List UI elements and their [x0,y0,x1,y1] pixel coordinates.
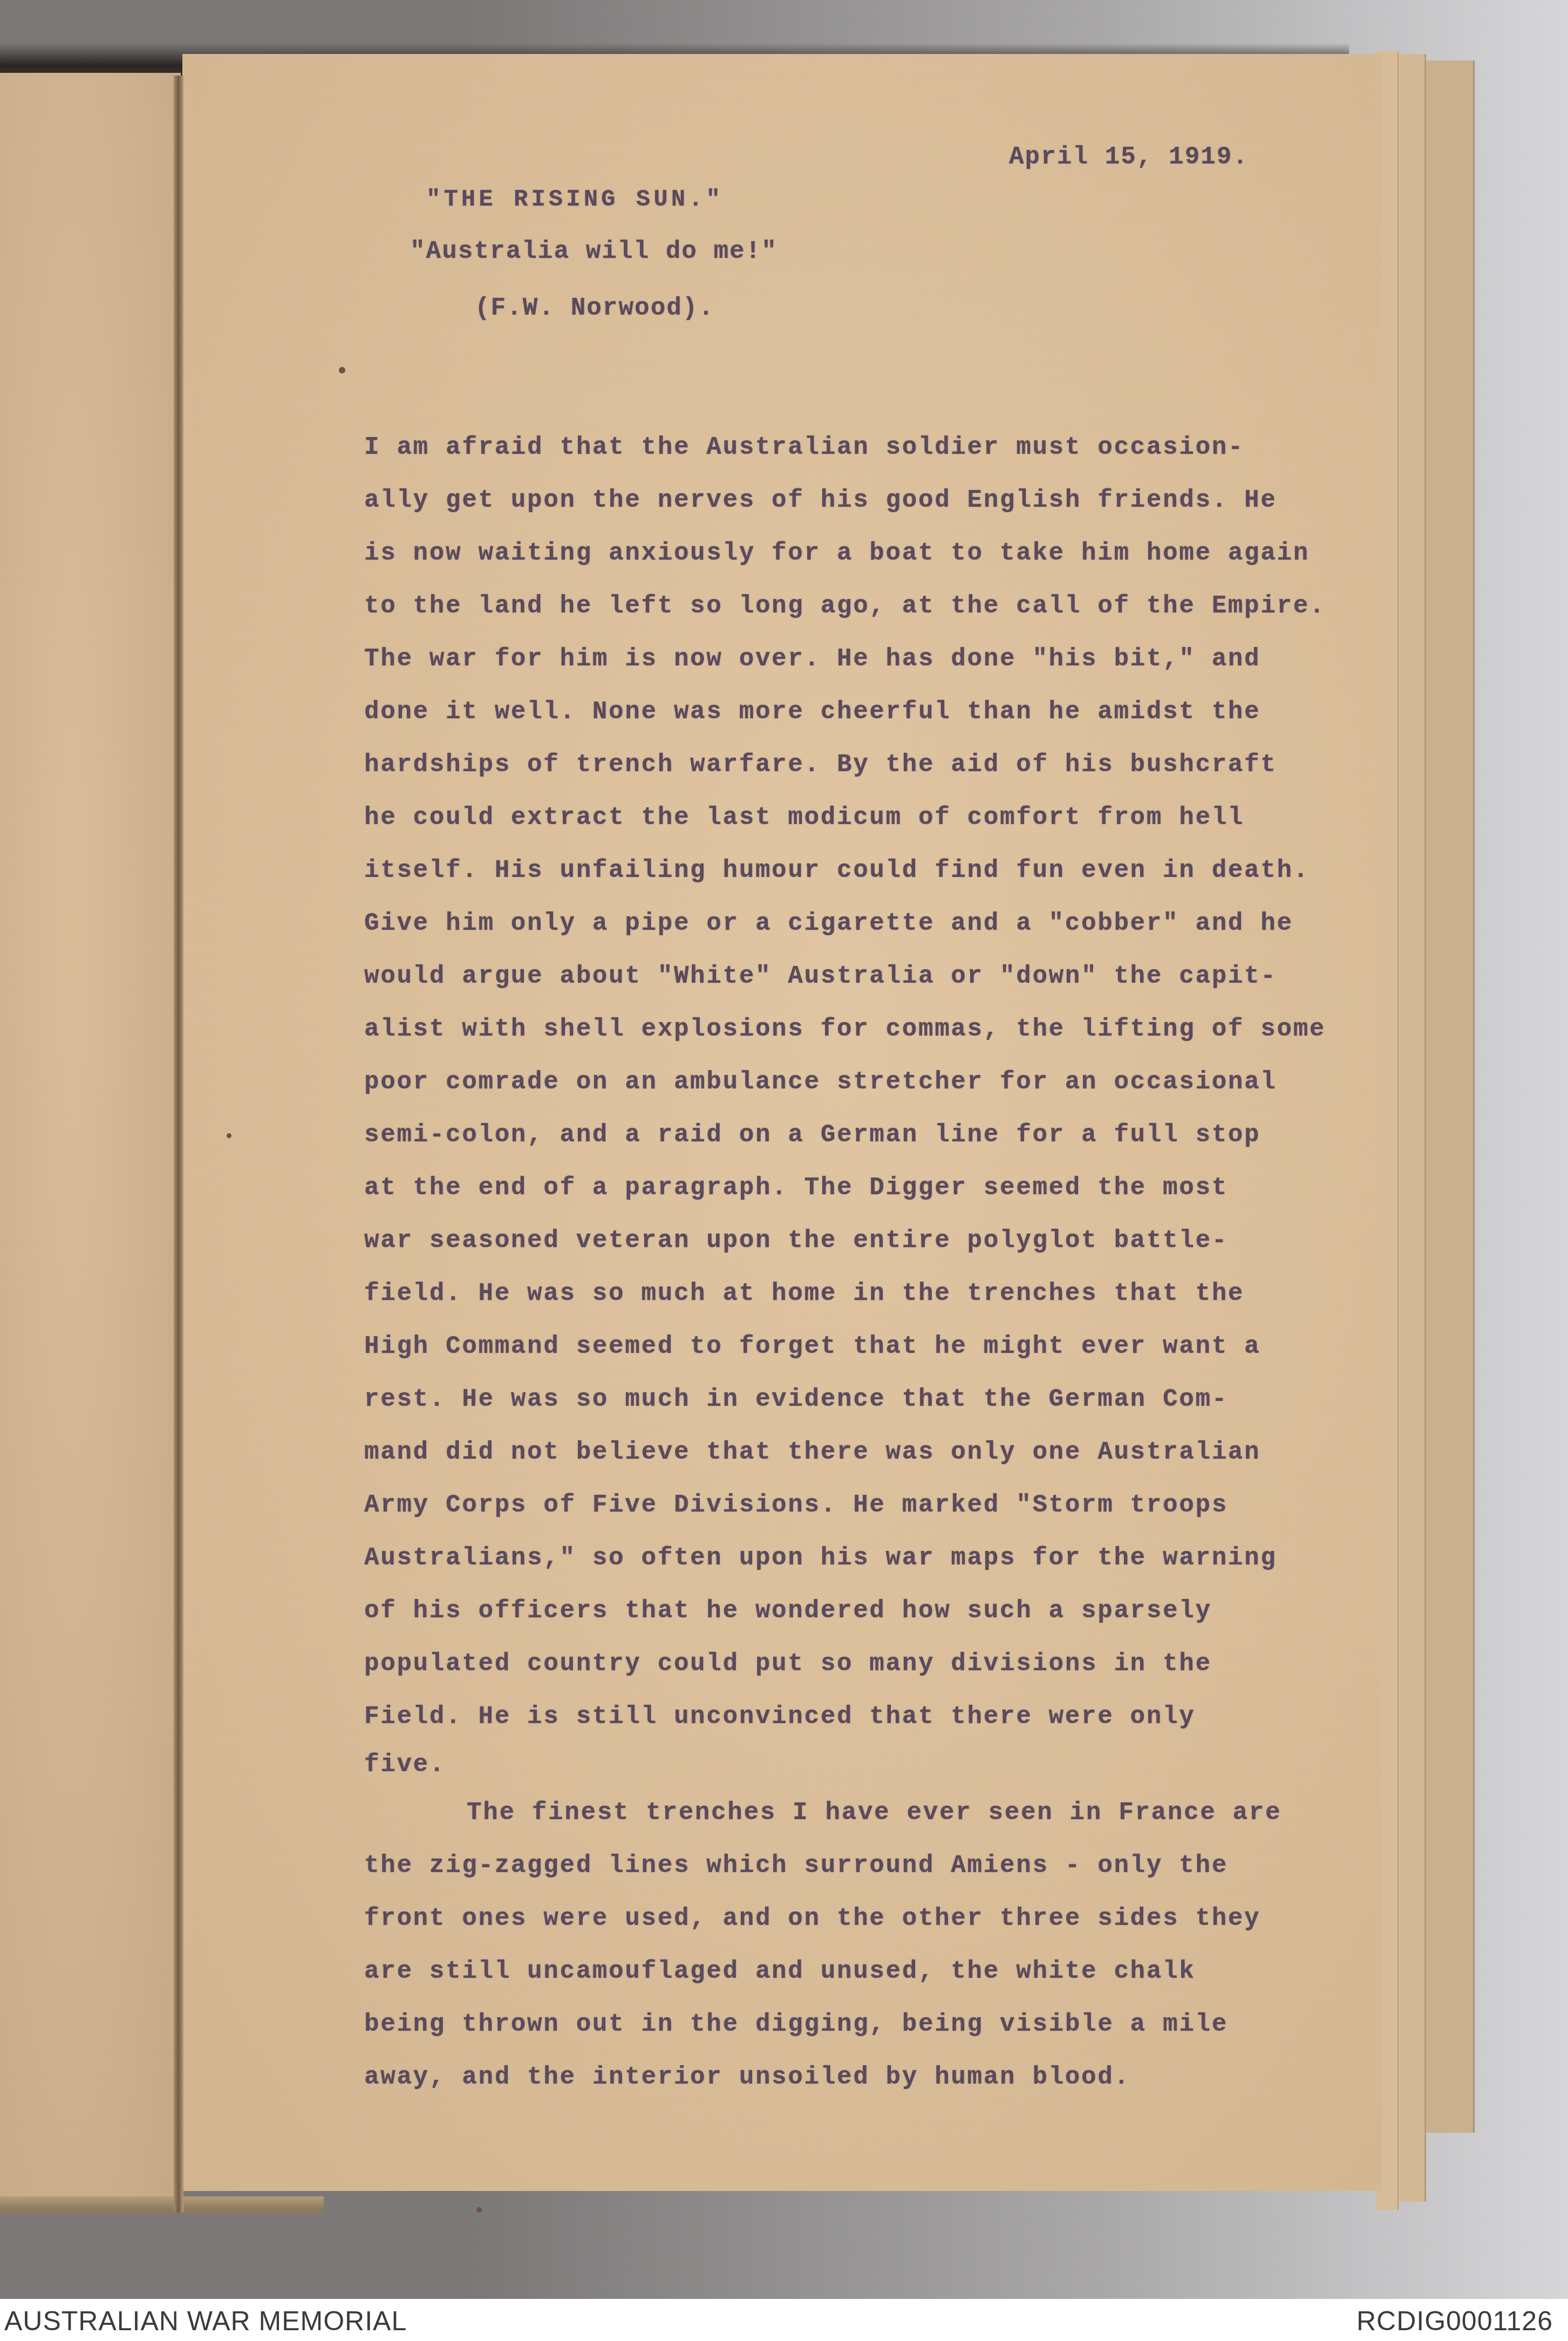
body-line: hardships of trench warfare. By the aid … [364,738,1326,791]
body-line: The finest trenches I have ever seen in … [364,1786,1326,1839]
body-line: at the end of a paragraph. The Digger se… [364,1161,1326,1214]
book-gutter [174,76,183,2213]
body-line: he could extract the last modicum of com… [364,791,1326,844]
ink-spot [227,1133,231,1138]
body-line: away, and the interior unsoiled by human… [364,2051,1326,2104]
body-line: Australians," so often upon his war maps… [364,1532,1326,1584]
body-line: rest. He was so much in evidence that th… [364,1373,1326,1426]
body-line: would argue about "White" Australia or "… [364,950,1326,1003]
document-subtitle: "Australia will do me!" [410,237,778,266]
body-line: Give him only a pipe or a cigarette and … [364,897,1326,950]
body-line: ally get upon the nerves of his good Eng… [364,474,1326,527]
body-line: alist with shell explosions for commas, … [364,1003,1326,1056]
body-line: poor comrade on an ambulance stretcher f… [364,1056,1326,1108]
ink-spot [339,367,345,373]
footer: AUSTRALIAN WAR MEMORIAL RCDIG0001126 [0,2299,1568,2341]
body-line: field. He was so much at home in the tre… [364,1267,1326,1320]
body-line: war seasoned veteran upon the entire pol… [364,1214,1326,1267]
document-author: (F.W. Norwood). [475,294,714,322]
document-title: "THE RISING SUN." [426,186,724,213]
body-line: The war for him is now over. He has done… [364,632,1326,685]
body-line: semi-colon, and a raid on a German line … [364,1108,1326,1161]
document-date: April 15, 1919. [1009,143,1249,171]
body-line: being thrown out in the digging, being v… [364,1998,1326,2051]
ink-spot [476,2207,482,2213]
body-line: the zig-zagged lines which surround Amie… [364,1839,1326,1892]
document-body: I am afraid that the Australian soldier … [364,421,1326,2104]
body-line: five. [364,1743,1326,1786]
body-line: I am afraid that the Australian soldier … [364,421,1326,474]
body-line: is now waiting anxiously for a boat to t… [364,527,1326,580]
body-line: itself. His unfailing humour could find … [364,844,1326,897]
left-blank-page [0,73,181,2202]
body-line: populated country could put so many divi… [364,1637,1326,1690]
body-line: are still uncamouflaged and unused, the … [364,1945,1326,1998]
body-line: of his officers that he wondered how suc… [364,1584,1326,1637]
body-line: Field. He is still unconvinced that ther… [364,1690,1326,1743]
body-line: mand did not believe that there was only… [364,1426,1326,1479]
scanned-document-image: April 15, 1919. "THE RISING SUN." "Austr… [0,0,1568,2299]
institution-label: AUSTRALIAN WAR MEMORIAL [4,2305,407,2337]
body-line: High Command seemed to forget that he mi… [364,1320,1326,1373]
body-line: to the land he left so long ago, at the … [364,580,1326,632]
left-page-bottom-edge [0,2196,324,2218]
body-line: done it well. None was more cheerful tha… [364,685,1326,738]
body-line: Army Corps of Five Divisions. He marked … [364,1479,1326,1532]
body-line: front ones were used, and on the other t… [364,1892,1326,1945]
item-id-label: RCDIG0001126 [1356,2305,1553,2337]
